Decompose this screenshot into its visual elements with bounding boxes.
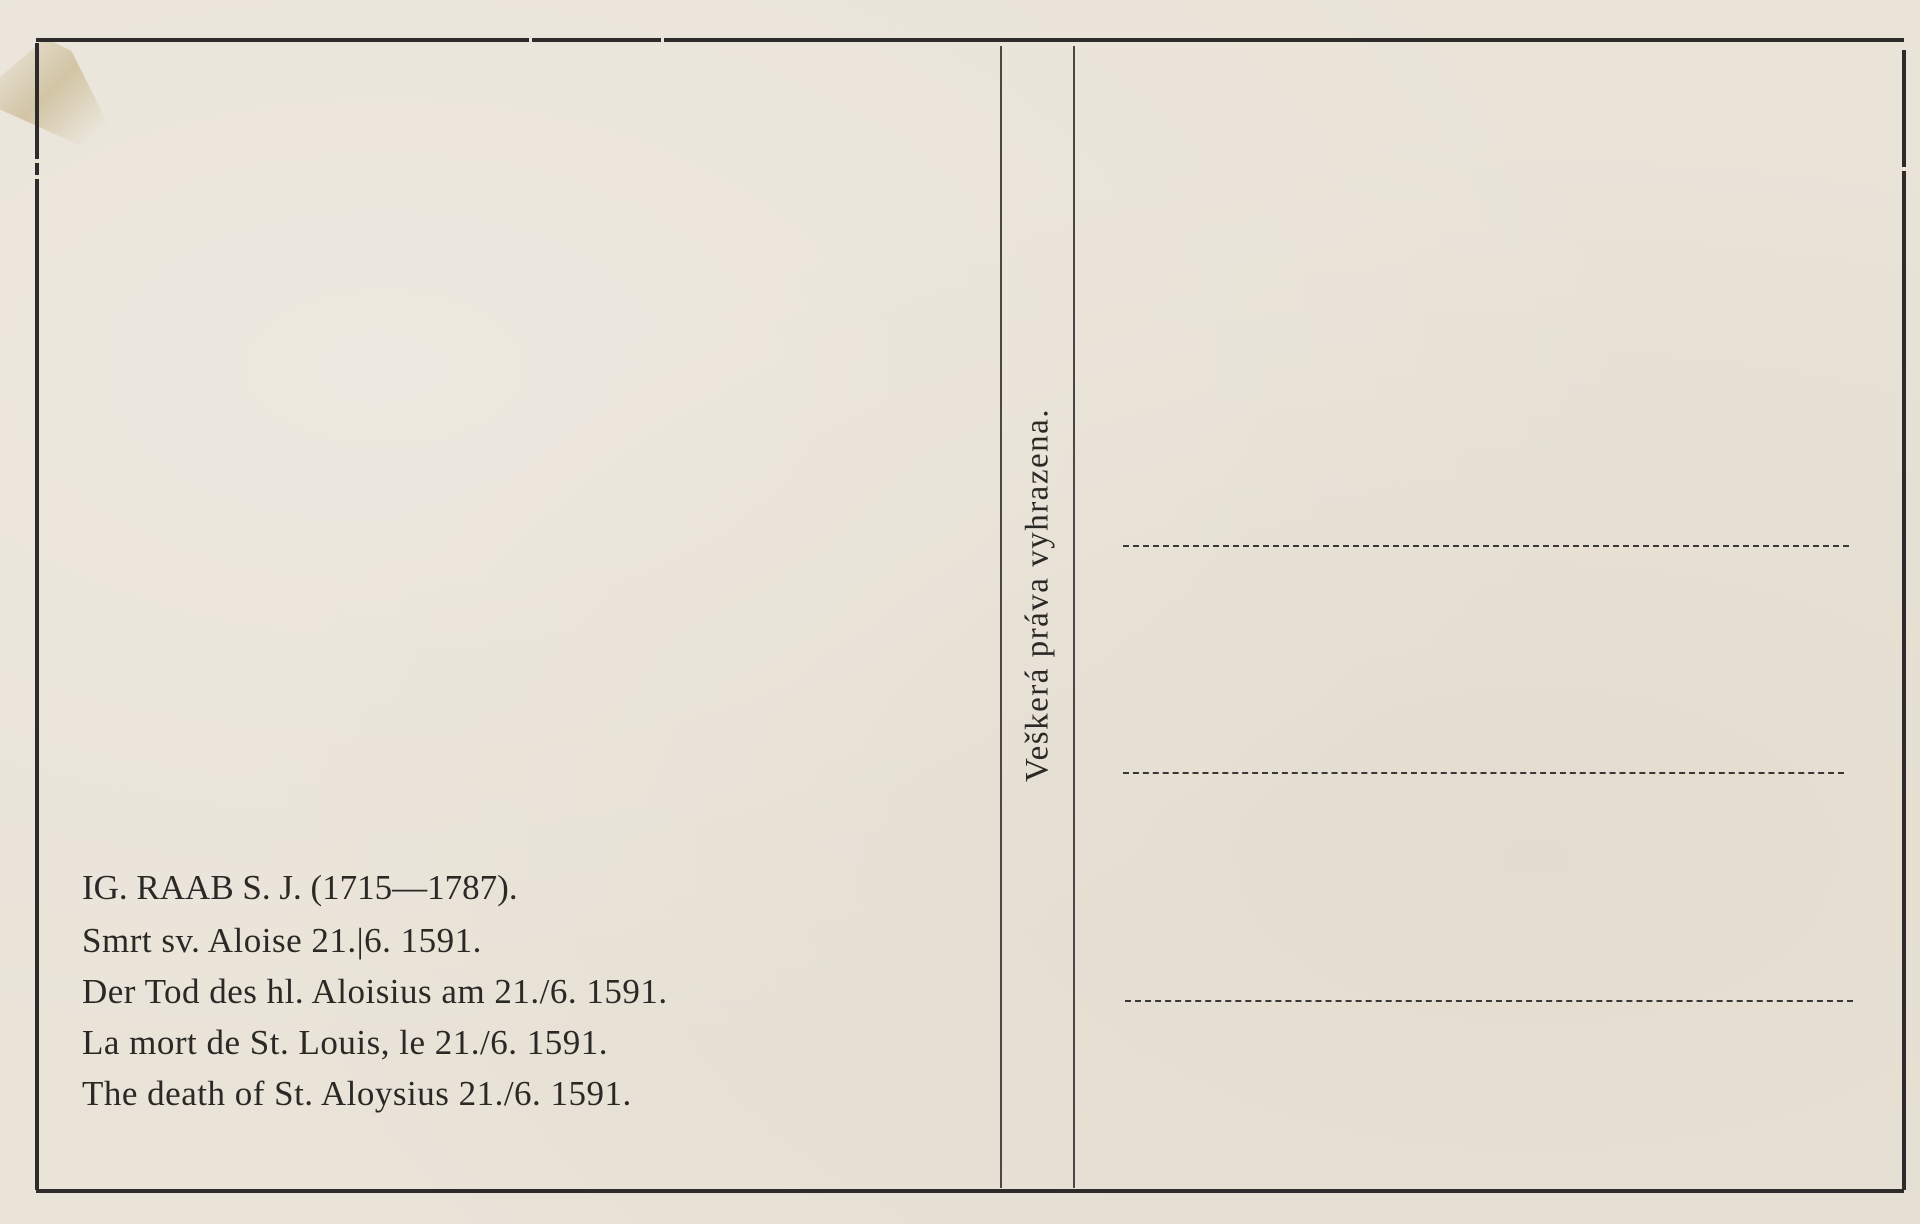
divider-line-right [1073, 46, 1075, 1188]
border-gap [1900, 167, 1908, 171]
address-line-3 [1125, 1000, 1853, 1002]
border-gap [33, 175, 41, 179]
title-german: Der Tod des hl. Aloisius am 21./6. 1591. [82, 966, 668, 1017]
artist-line: IG. RAAB S. J. (1715—1787). [82, 862, 668, 913]
border-gap [529, 36, 532, 44]
frame-border-left [35, 43, 39, 1190]
title-english: The death of St. Aloysius 21./6. 1591. [82, 1068, 668, 1119]
rights-reserved-text: Veškerá práva vyhrazena. [1020, 408, 1057, 782]
title-czech: Smrt sv. Aloise 21.|6. 1591. [82, 915, 668, 966]
frame-border-bottom [36, 1189, 1904, 1193]
water-stain [0, 38, 130, 168]
border-gap [33, 159, 41, 163]
address-line-1 [1123, 545, 1849, 547]
title-french: La mort de St. Louis, le 21./6. 1591. [82, 1017, 668, 1068]
frame-border-top [36, 38, 1904, 42]
frame-border-right [1902, 50, 1906, 1190]
border-gap [661, 36, 664, 44]
postcard-back: Veškerá práva vyhrazena. IG. RAAB S. J. … [0, 0, 1920, 1224]
address-line-2 [1123, 772, 1844, 774]
divider-line-left [1000, 46, 1002, 1188]
caption-block: IG. RAAB S. J. (1715—1787). Smrt sv. Alo… [82, 862, 668, 1119]
